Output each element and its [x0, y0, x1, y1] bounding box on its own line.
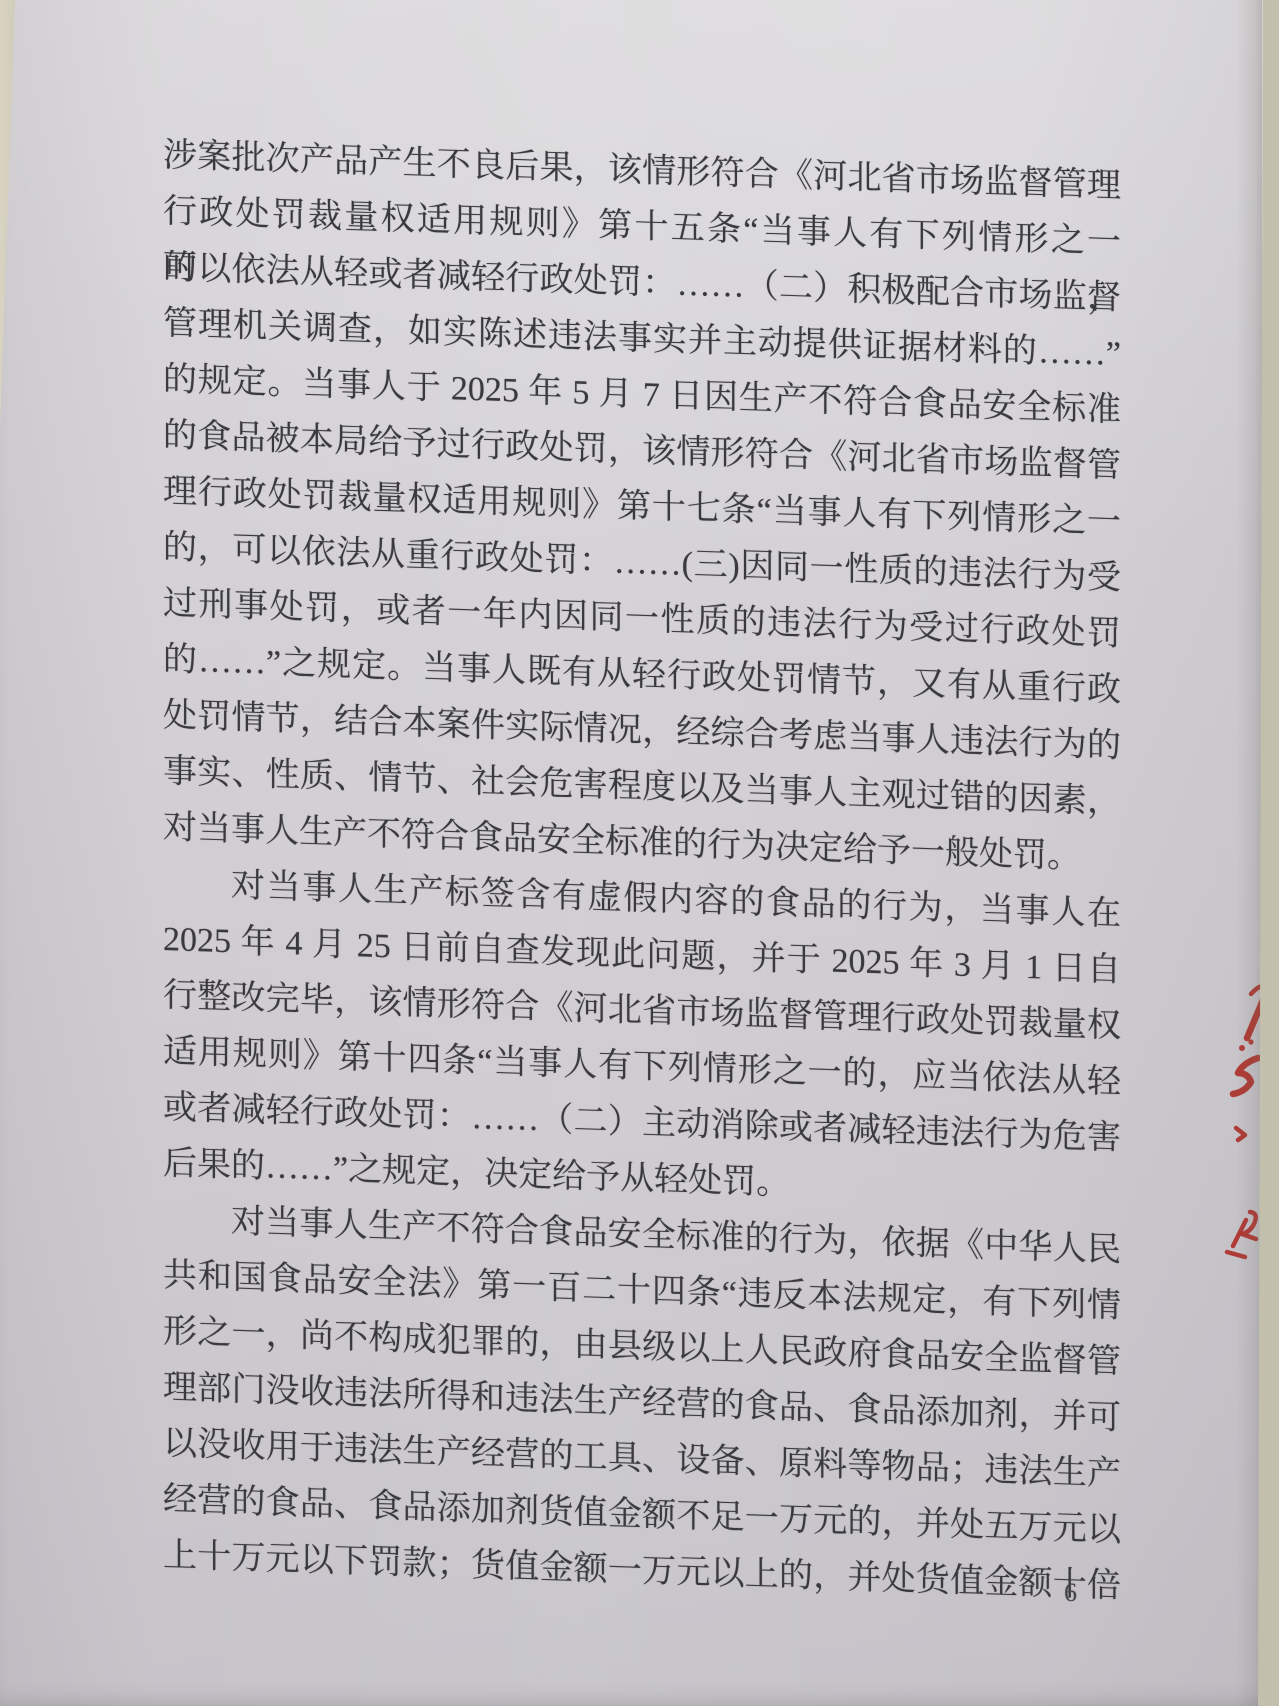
document-photo: { "document": { "page_number": "6", "lin… [0, 0, 1279, 1706]
document-page: 涉案批次产品产生不良后果，该情形符合《河北省市场监督管理 行政处罚裁量权适用规则… [0, 0, 1279, 1706]
document-body-text: 涉案批次产品产生不良后果，该情形符合《河北省市场监督管理 行政处罚裁量权适用规则… [163, 128, 1121, 1615]
red-handwriting-marks [1196, 958, 1279, 1278]
page-number: 6 [1064, 1578, 1077, 1608]
